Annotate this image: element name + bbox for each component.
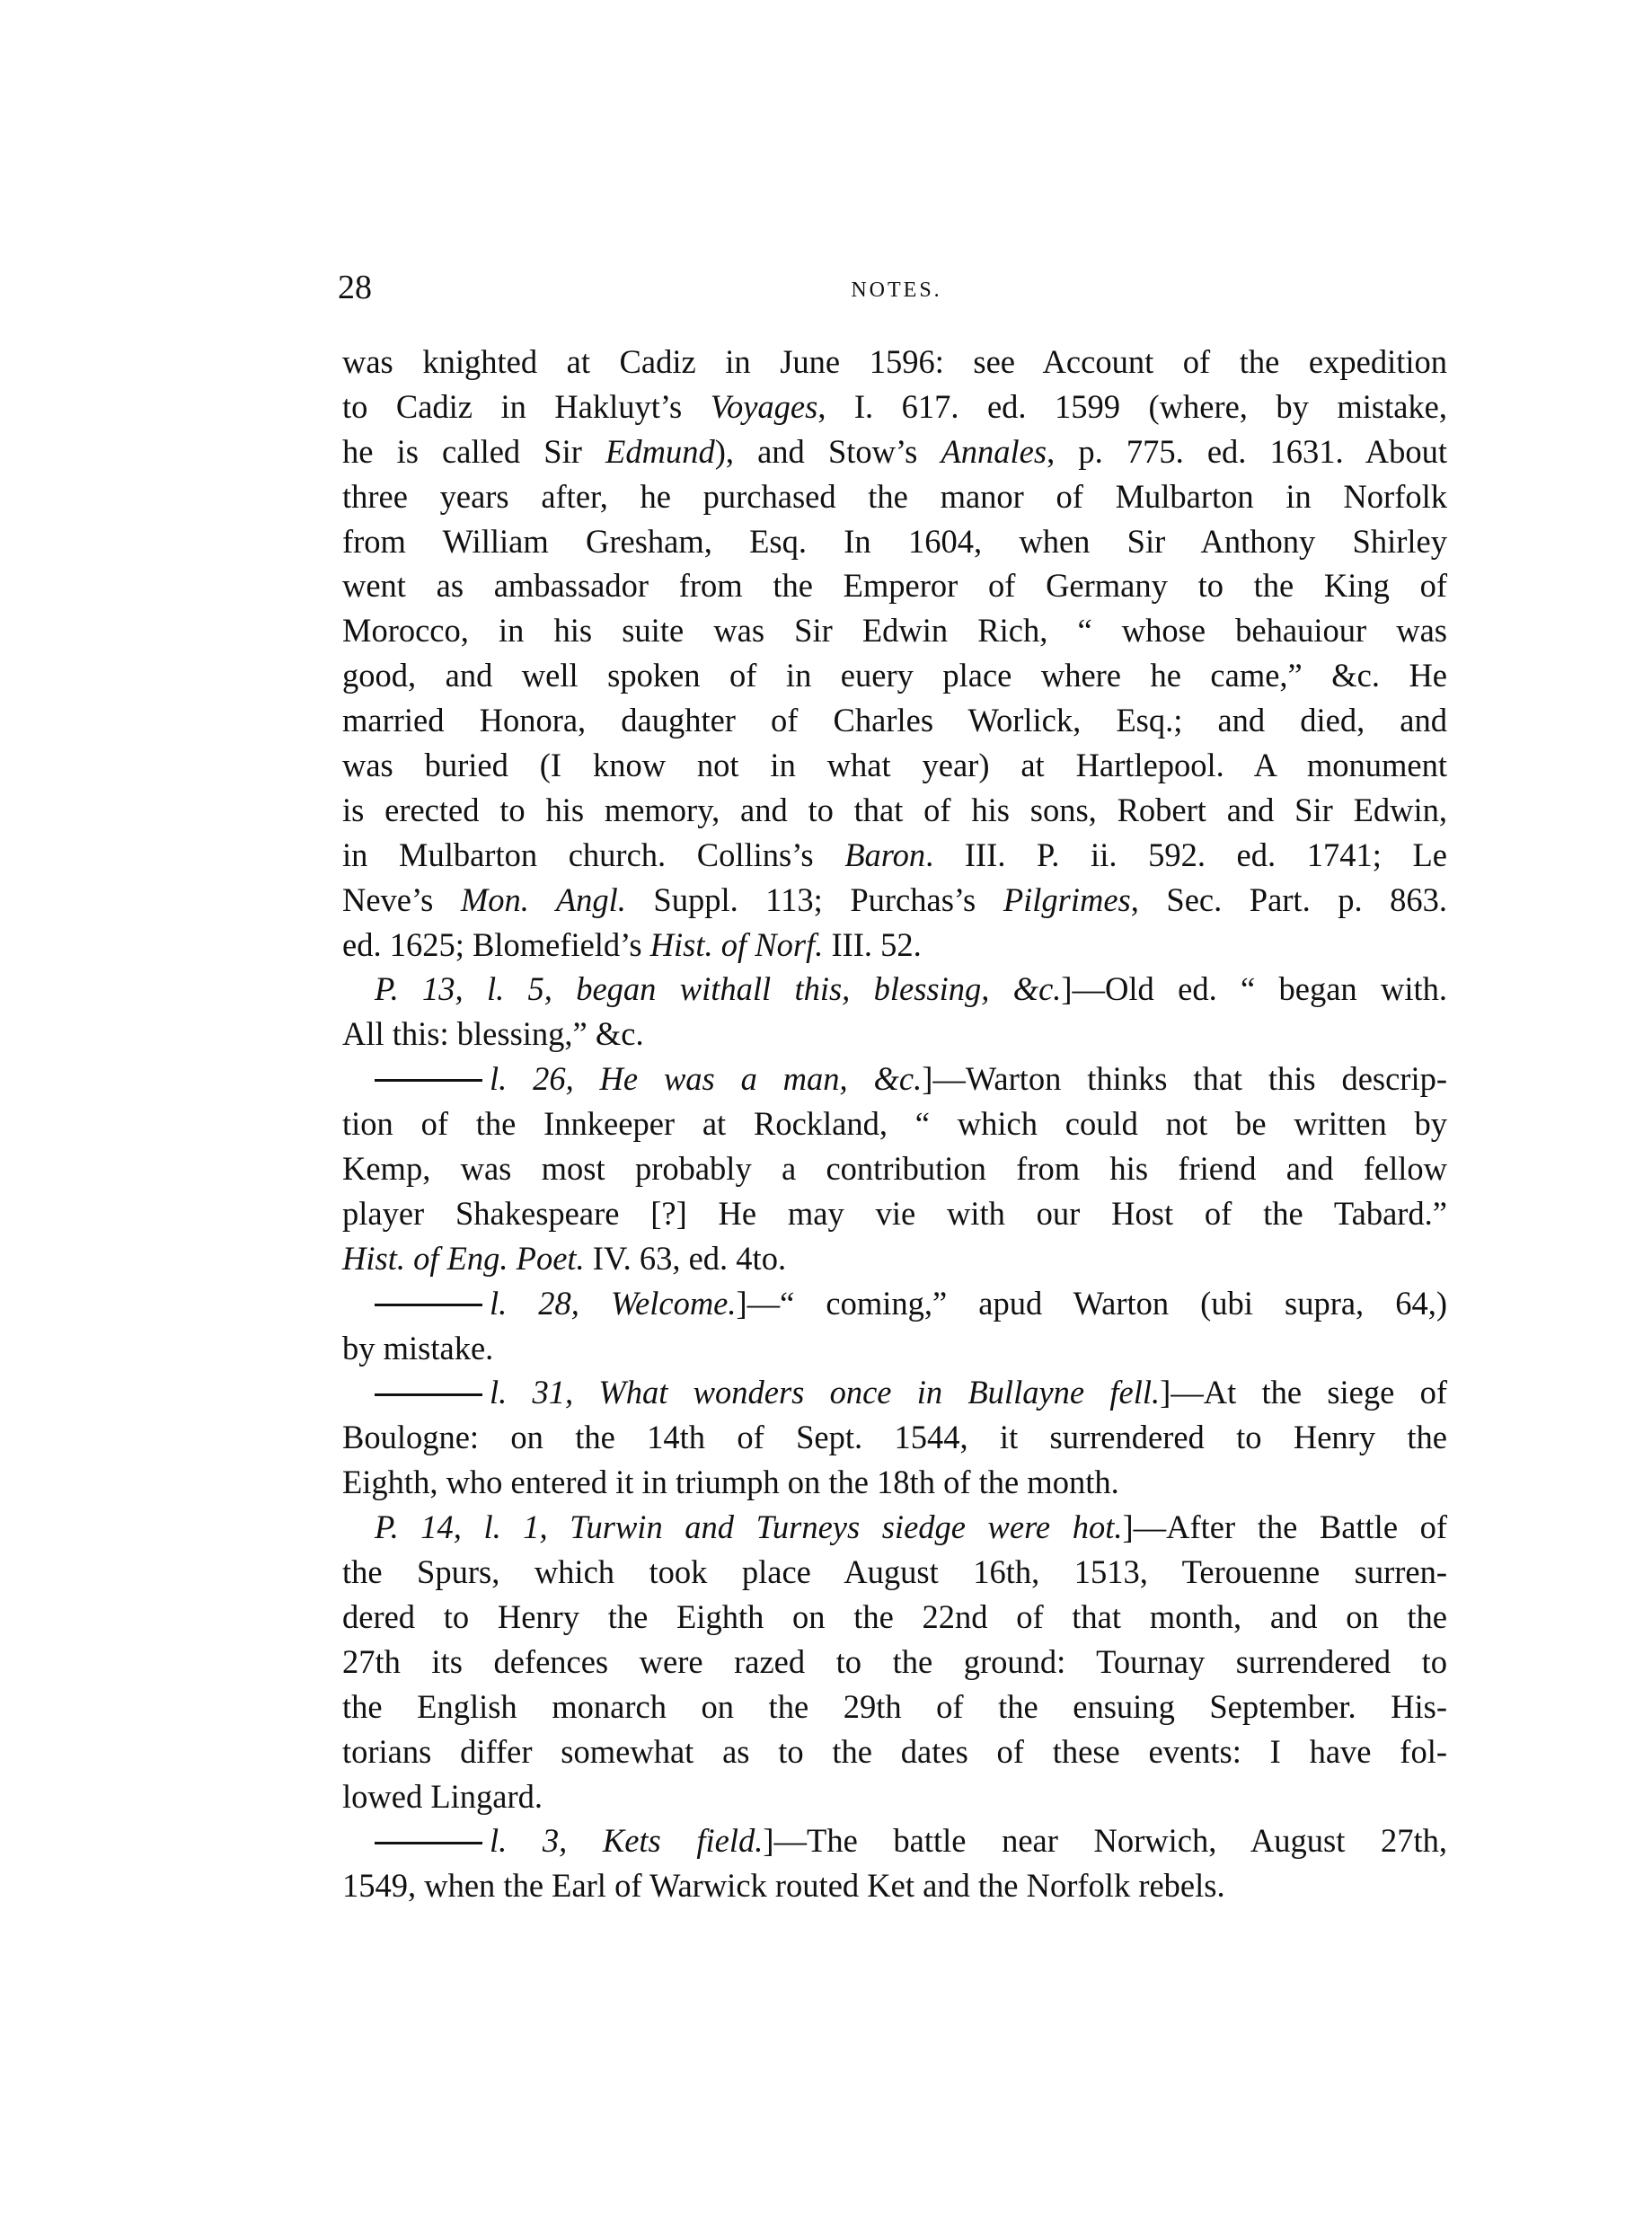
text-segment: by mistake. bbox=[342, 1330, 493, 1366]
text-line: Neve’s Mon. Angl. Suppl. 113; Purchas’s … bbox=[342, 878, 1447, 923]
text-segment: III. 52. bbox=[823, 926, 921, 963]
text-segment: to Cadiz in Hakluyt’s bbox=[342, 388, 711, 425]
text-line: is erected to his memory, and to that of… bbox=[342, 788, 1447, 833]
text-line: player Shakespeare [?] He may vie with o… bbox=[342, 1191, 1447, 1236]
ditto-dash bbox=[375, 1304, 482, 1306]
text-line: lowed Lingard. bbox=[342, 1774, 1447, 1819]
text-segment: Suppl. 113; Purchas’s bbox=[626, 881, 1003, 918]
italic-citation: l. 31, What wonders once in Bullayne fel… bbox=[490, 1374, 1160, 1411]
text-segment: Morocco, in his suite was Sir Edwin Rich… bbox=[342, 612, 1447, 649]
text-line: Hist. of Eng. Poet. IV. 63, ed. 4to. bbox=[342, 1236, 1447, 1281]
text-segment: he is called Sir bbox=[342, 433, 605, 470]
text-segment: the Spurs, which took place August 16th,… bbox=[342, 1553, 1447, 1590]
text-segment: lowed Lingard. bbox=[342, 1778, 543, 1815]
text-segment: ]—The battle near Norwich, August 27th, bbox=[763, 1822, 1447, 1859]
italic-citation: P. 13, l. 5, began withall this, blessin… bbox=[375, 970, 1061, 1007]
text-line: Kemp, was most probably a contribution f… bbox=[342, 1146, 1447, 1191]
italic-citation: Pilgrimes bbox=[1003, 881, 1131, 918]
text-segment: tion of the Innkeeper at Rockland, “ whi… bbox=[342, 1105, 1447, 1142]
text-line: the English monarch on the 29th of the e… bbox=[342, 1685, 1447, 1729]
text-segment: Eighth, who entered it in triumph on the… bbox=[342, 1464, 1119, 1500]
text-line: l. 3, Kets field.]—The battle near Norwi… bbox=[342, 1818, 1447, 1863]
ditto-dash bbox=[375, 1079, 482, 1082]
notes-body: was knighted at Cadiz in June 1596: see … bbox=[342, 340, 1447, 1908]
text-line: went as ambassador from the Emperor of G… bbox=[342, 563, 1447, 608]
text-segment: Kemp, was most probably a contribution f… bbox=[342, 1150, 1447, 1187]
text-segment: , I. 617. ed. 1599 (where, by mistake, bbox=[817, 388, 1447, 425]
text-line: l. 31, What wonders once in Bullayne fel… bbox=[342, 1370, 1447, 1415]
text-segment: ]—“ coming,” apud Warton (ubi supra, 64,… bbox=[737, 1285, 1447, 1322]
text-line: torians differ somewhat as to the dates … bbox=[342, 1729, 1447, 1774]
italic-citation: Mon. Angl. bbox=[461, 881, 626, 918]
text-line: married Honora, daughter of Charles Worl… bbox=[342, 698, 1447, 743]
text-segment: the English monarch on the 29th of the e… bbox=[342, 1688, 1447, 1725]
text-line: l. 28, Welcome.]—“ coming,” apud Warton … bbox=[342, 1281, 1447, 1326]
italic-citation: P. 14, l. 1, Turwin and Turneys siedge w… bbox=[375, 1508, 1122, 1545]
italic-citation: Voyages bbox=[711, 388, 818, 425]
text-segment: ]—Old ed. “ began with. bbox=[1061, 970, 1447, 1007]
text-segment: married Honora, daughter of Charles Worl… bbox=[342, 702, 1447, 739]
text-line: Eighth, who entered it in triumph on the… bbox=[342, 1460, 1447, 1505]
text-line: by mistake. bbox=[342, 1326, 1447, 1371]
text-segment: IV. 63, ed. 4to. bbox=[585, 1240, 786, 1277]
text-segment: All this: blessing,” &c. bbox=[342, 1015, 644, 1052]
text-line: good, and well spoken of in euery place … bbox=[342, 653, 1447, 698]
text-segment: dered to Henry the Eighth on the 22nd of… bbox=[342, 1598, 1447, 1635]
text-segment: from William Gresham, Esq. In 1604, when… bbox=[342, 523, 1447, 560]
text-line: dered to Henry the Eighth on the 22nd of… bbox=[342, 1595, 1447, 1640]
text-line: ed. 1625; Blomefield’s Hist. of Norf. II… bbox=[342, 923, 1447, 968]
text-line: tion of the Innkeeper at Rockland, “ whi… bbox=[342, 1101, 1447, 1146]
text-segment: , p. 775. ed. 1631. About bbox=[1047, 433, 1447, 470]
text-line: P. 14, l. 1, Turwin and Turneys siedge w… bbox=[342, 1505, 1447, 1550]
text-segment: player Shakespeare [?] He may vie with o… bbox=[342, 1195, 1447, 1232]
text-segment: is erected to his memory, and to that of… bbox=[342, 792, 1447, 828]
italic-citation: l. 28, Welcome. bbox=[490, 1285, 737, 1322]
ditto-dash bbox=[375, 1393, 482, 1396]
text-line: to Cadiz in Hakluyt’s Voyages, I. 617. e… bbox=[342, 385, 1447, 429]
text-line: Morocco, in his suite was Sir Edwin Rich… bbox=[342, 608, 1447, 653]
text-segment: three years after, he purchased the mano… bbox=[342, 478, 1447, 515]
text-segment: ), and Stow’s bbox=[715, 433, 941, 470]
text-line: three years after, he purchased the mano… bbox=[342, 474, 1447, 519]
text-segment: was buried (I know not in what year) at … bbox=[342, 747, 1447, 783]
text-segment: , Sec. Part. p. 863. bbox=[1131, 881, 1447, 918]
text-line: in Mulbarton church. Collins’s Baron. II… bbox=[342, 833, 1447, 878]
text-line: P. 13, l. 5, began withall this, blessin… bbox=[342, 967, 1447, 1012]
text-line: was knighted at Cadiz in June 1596: see … bbox=[342, 340, 1447, 385]
text-segment: ]—At the siege of bbox=[1160, 1374, 1447, 1411]
text-segment: ed. 1625; Blomefield’s bbox=[342, 926, 650, 963]
text-segment: in Mulbarton church. Collins’s bbox=[342, 836, 844, 873]
italic-citation: Hist. of Norf. bbox=[650, 926, 824, 963]
text-segment: good, and well spoken of in euery place … bbox=[342, 657, 1447, 694]
text-segment: . III. P. ii. 592. ed. 1741; Le bbox=[925, 836, 1447, 873]
text-line: he is called Sir Edmund), and Stow’s Ann… bbox=[342, 429, 1447, 474]
text-line: from William Gresham, Esq. In 1604, when… bbox=[342, 519, 1447, 564]
italic-citation: Edmund bbox=[605, 433, 715, 470]
text-segment: torians differ somewhat as to the dates … bbox=[342, 1733, 1447, 1770]
text-segment: Boulogne: on the 14th of Sept. 1544, it … bbox=[342, 1419, 1447, 1455]
text-segment: ]—After the Battle of bbox=[1122, 1508, 1447, 1545]
text-line: 1549, when the Earl of Warwick routed Ke… bbox=[342, 1863, 1447, 1908]
italic-citation: l. 26, He was a man, &c. bbox=[490, 1060, 922, 1097]
text-line: All this: blessing,” &c. bbox=[342, 1012, 1447, 1057]
text-line: 27th its defences were razed to the grou… bbox=[342, 1640, 1447, 1685]
text-segment: went as ambassador from the Emperor of G… bbox=[342, 567, 1447, 604]
italic-citation: Hist. of Eng. Poet. bbox=[342, 1240, 585, 1277]
ditto-dash bbox=[375, 1842, 482, 1844]
text-line: Boulogne: on the 14th of Sept. 1544, it … bbox=[342, 1415, 1447, 1460]
text-line: the Spurs, which took place August 16th,… bbox=[342, 1550, 1447, 1595]
text-segment: 1549, when the Earl of Warwick routed Ke… bbox=[342, 1867, 1225, 1904]
italic-citation: l. 3, Kets field. bbox=[490, 1822, 763, 1859]
italic-citation: Annales bbox=[941, 433, 1047, 470]
text-segment: was knighted at Cadiz in June 1596: see … bbox=[342, 343, 1447, 380]
text-segment: Neve’s bbox=[342, 881, 461, 918]
page-number: 28 bbox=[338, 270, 372, 305]
text-line: was buried (I know not in what year) at … bbox=[342, 743, 1447, 788]
italic-citation: Baron bbox=[844, 836, 925, 873]
running-head: NOTES. bbox=[791, 277, 1003, 304]
text-segment: 27th its defences were razed to the grou… bbox=[342, 1643, 1447, 1680]
text-segment: ]—Warton thinks that this descrip- bbox=[922, 1060, 1447, 1097]
text-line: l. 26, He was a man, &c.]—Warton thinks … bbox=[342, 1057, 1447, 1101]
